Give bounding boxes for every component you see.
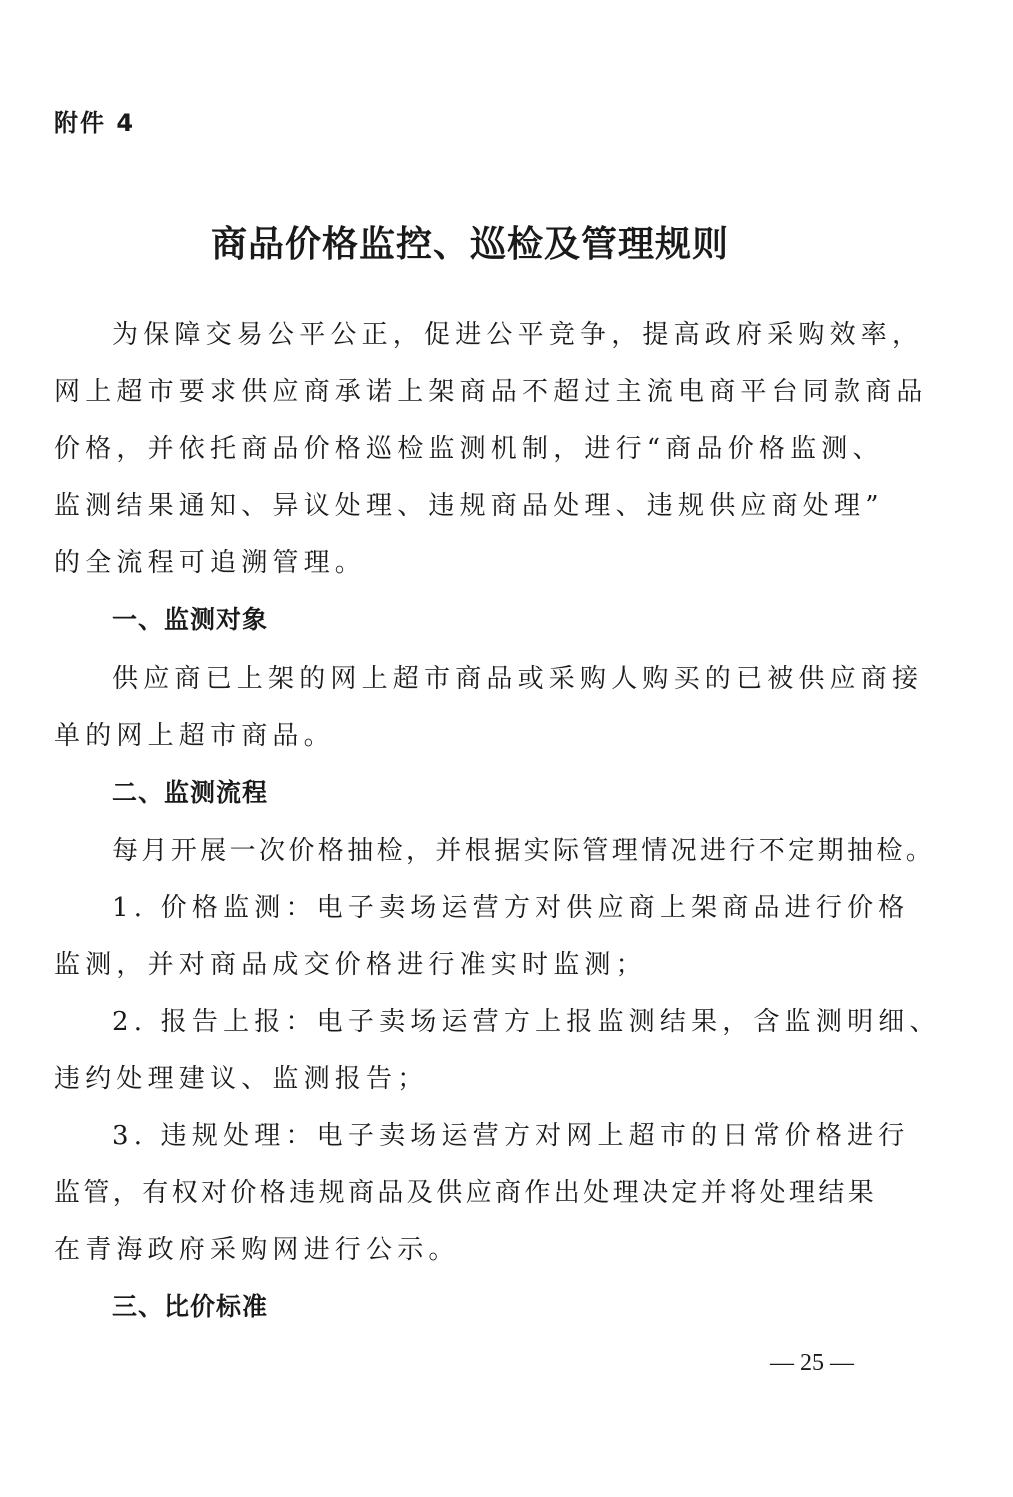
attachment-label: 附件 4	[54, 108, 135, 138]
page-number: — 25 —	[770, 1348, 854, 1378]
section-heading: 一、监测对象	[112, 605, 268, 635]
paragraph-line: 每月开展一次价格抽检，并根据实际管理情况进行不定期抽检。	[112, 836, 935, 866]
list-item-line: 3. 违规处理：电子卖场运营方对网上超市的日常价格进行	[112, 1121, 909, 1151]
paragraph-line: 监测结果通知、异议处理、违规商品处理、违规供应商处理”	[54, 491, 884, 521]
paragraph-line: 价格，并依托商品价格巡检监测机制，进行“商品价格监测、	[54, 434, 884, 464]
paragraph-line: 的全流程可追溯管理。	[54, 548, 366, 578]
paragraph-line: 网上超市要求供应商承诺上架商品不超过主流电商平台同款商品	[54, 377, 928, 407]
paragraph-line: 供应商已上架的网上超市商品或采购人购买的已被供应商接	[112, 664, 923, 694]
list-item-line: 监管，有权对价格违规商品及供应商作出处理决定并将处理结果	[54, 1178, 877, 1208]
paragraph-line: 单的网上超市商品。	[54, 721, 335, 751]
document-title: 商品价格监控、巡检及管理规则	[0, 222, 940, 266]
paragraph-line: 为保障交易公平公正，促进公平竞争，提高政府采购效率，	[112, 320, 923, 350]
section-heading: 三、比价标准	[112, 1292, 268, 1322]
list-item-line: 在青海政府采购网进行公示。	[54, 1235, 460, 1265]
list-item-line: 违约处理建议、监测报告；	[54, 1064, 428, 1094]
section-heading: 二、监测流程	[112, 778, 268, 808]
list-item-line: 1. 价格监测：电子卖场运营方对供应商上架商品进行价格	[112, 893, 909, 923]
list-item-line: 监测，并对商品成交价格进行准实时监测；	[54, 950, 647, 980]
document-page: 附件 4 商品价格监控、巡检及管理规则 为保障交易公平公正，促进公平竞争，提高政…	[0, 0, 1013, 1497]
list-item-line: 2. 报告上报：电子卖场运营方上报监测结果，含监测明细、	[112, 1007, 941, 1037]
